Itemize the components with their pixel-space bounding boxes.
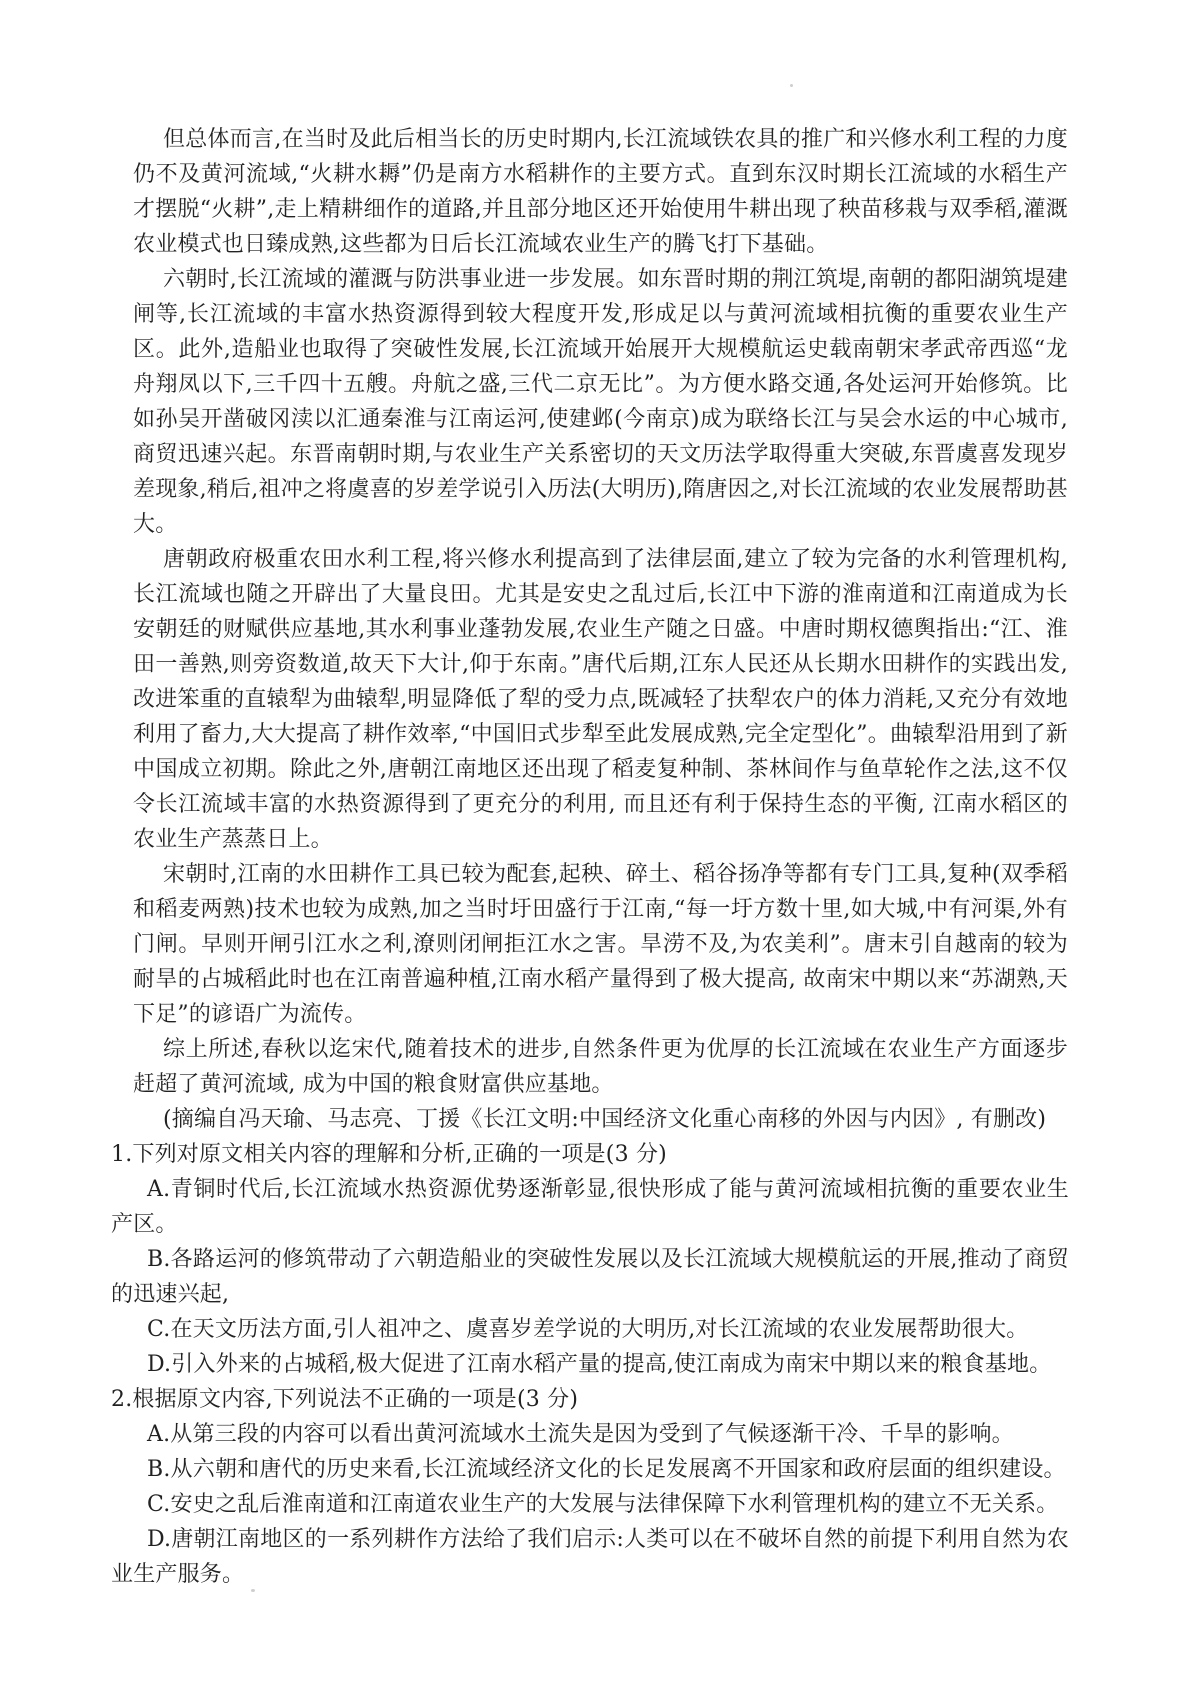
question-2-stem: 2.根据原文内容,下列说法不正确的一项是(3 分) [111, 1382, 1069, 1417]
questions-section: 1.下列对原文相关内容的理解和分析,正确的一项是(3 分) A.青铜时代后,长江… [111, 1137, 1069, 1592]
question-2-option-b: B.从六朝和唐代的历史来看,长江流域经济文化的长足发展离不开国家和政府层面的组织… [111, 1452, 1069, 1487]
passage-paragraph-3: 唐朝政府极重农田水利工程,将兴修水利提高到了法律层面,建立了较为完备的水利管理机… [133, 542, 1068, 857]
question-1-option-b: B.各路运河的修筑带动了六朝造船业的突破性发展以及长江流域大规模航运的开展,推动… [111, 1242, 1069, 1312]
question-1: 1.下列对原文相关内容的理解和分析,正确的一项是(3 分) A.青铜时代后,长江… [111, 1137, 1069, 1382]
question-2: 2.根据原文内容,下列说法不正确的一项是(3 分) A.从第三段的内容可以看出黄… [111, 1382, 1069, 1592]
reading-passage: 但总体而言,在当时及此后相当长的历史时期内,长江流域铁农具的推广和兴修水利工程的… [133, 122, 1068, 1137]
passage-paragraph-5: 综上所述,春秋以迄宋代,随着技术的进步,自然条件更为优厚的长江流域在农业生产方面… [133, 1032, 1068, 1102]
page-content: 但总体而言,在当时及此后相当长的历史时期内,长江流域铁农具的推广和兴修水利工程的… [133, 122, 1068, 1592]
question-2-option-a: A.从第三段的内容可以看出黄河流域水土流失是因为受到了气候逐渐干冷、千旱的影响。 [111, 1417, 1069, 1452]
passage-paragraph-4: 宋朝时,江南的水田耕作工具已较为配套,起秧、碎土、稻谷扬净等都有专门工具,复种(… [133, 857, 1068, 1032]
question-1-option-d: D.引入外来的占城稻,极大促进了江南水稻产量的提高,使江南成为南宋中期以来的粮食… [111, 1347, 1069, 1382]
question-2-option-c: C.安史之乱后淮南道和江南道农业生产的大发展与法律保障下水利管理机构的建立不无关… [111, 1487, 1069, 1522]
question-2-option-d: D.唐朝江南地区的一系列耕作方法给了我们启示:人类可以在不破坏自然的前提下利用自… [111, 1522, 1069, 1592]
passage-paragraph-1: 但总体而言,在当时及此后相当长的历史时期内,长江流域铁农具的推广和兴修水利工程的… [133, 122, 1068, 262]
source-attribution: (摘编自冯天瑜、马志亮、丁援《长江文明:中国经济文化重心南移的外因与内因》, 有… [133, 1102, 1068, 1137]
scanned-exam-page: 但总体而言,在当时及此后相当长的历史时期内,长江流域铁农具的推广和兴修水利工程的… [0, 0, 1200, 1698]
question-1-option-a: A.青铜时代后,长江流域水热资源优势逐渐彰显,很快形成了能与黄河流域相抗衡的重要… [111, 1172, 1069, 1242]
scan-artifact [790, 84, 793, 87]
question-1-stem: 1.下列对原文相关内容的理解和分析,正确的一项是(3 分) [111, 1137, 1069, 1172]
passage-paragraph-2: 六朝时,长江流域的灌溉与防洪事业进一步发展。如东晋时期的荆江筑堤,南朝的都阳湖筑… [133, 262, 1068, 542]
question-1-option-c: C.在天文历法方面,引人祖冲之、虞喜岁差学说的大明历,对长江流域的农业发展帮助很… [111, 1312, 1069, 1347]
